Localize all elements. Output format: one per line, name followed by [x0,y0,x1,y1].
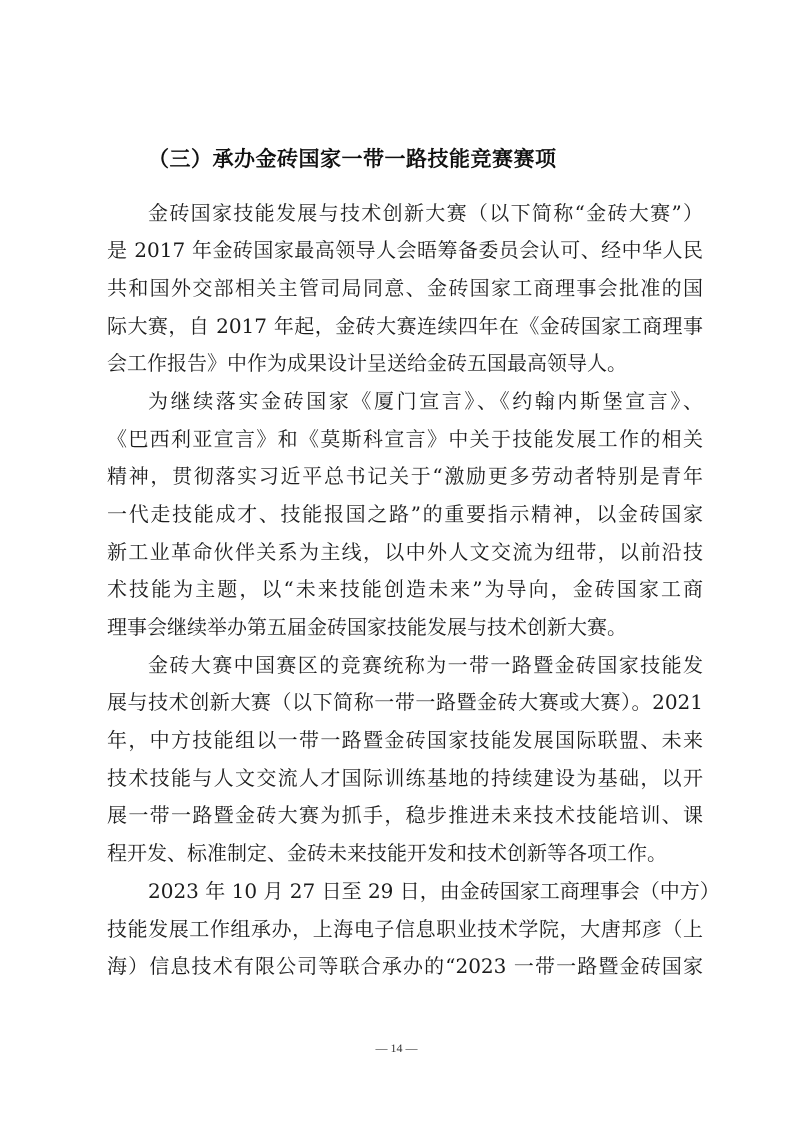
paragraph-line: 金砖大赛中国赛区的竞赛统称为一带一路暨金砖国家技能发 [148,653,703,677]
paragraph-line: 金砖国家技能发展与技术创新大赛（以下简称“金砖大赛”） [148,201,703,225]
page-number: — 14 — [0,1041,793,1056]
paragraph-line: 是 2017 年金砖国家最高领导人会晤筹备委员会认可、经中华人民 [107,238,703,262]
paragraph-line: 海）信息技术有限公司等联合承办的“2023 一带一路暨金砖国家 [107,954,703,978]
paragraph-line: 一代走技能成才、技能报国之路”的重要指示精神，以金砖国家 [107,502,703,526]
document-page: （三）承办金砖国家一带一路技能竞赛赛项 金砖国家技能发展与技术创新大赛（以下简称… [0,0,793,1122]
paragraph-line: 年，中方技能组以一带一路暨金砖国家技能发展国际联盟、未来 [107,728,703,752]
paragraph-line: 为继续落实金砖国家《厦门宣言》、《约翰内斯堡宣言》、 [148,389,703,413]
paragraph-line: 共和国外交部相关主管司局同意、金砖国家工商理事会批准的国 [107,276,703,300]
paragraph-line: 会工作报告》中作为成果设计呈送给金砖五国最高领导人。 [107,351,703,375]
paragraph-line: 术技能为主题，以“未来技能创造未来”为导向，金砖国家工商 [107,577,703,601]
paragraph-line: 理事会继续举办第五届金砖国家技能发展与技术创新大赛。 [107,615,703,639]
paragraph-line: 新工业革命伙伴关系为主线，以中外人文交流为纽带，以前沿技 [107,540,703,564]
section-title: （三）承办金砖国家一带一路技能竞赛赛项 [148,143,557,173]
paragraph-line: 技术技能与人文交流人才国际训练基地的持续建设为基础，以开 [107,766,703,790]
paragraph-line: 际大赛，自 2017 年起，金砖大赛连续四年在《金砖国家工商理事 [107,314,703,338]
paragraph-line: 《巴西利亚宣言》和《莫斯科宣言》中关于技能发展工作的相关 [107,427,703,451]
paragraph-line: 2023 年 10 月 27 日至 29 日，由金砖国家工商理事会（中方） [148,879,703,903]
paragraph-line: 程开发、标准制定、金砖未来技能开发和技术创新等各项工作。 [107,841,703,865]
paragraph-line: 展与技术创新大赛（以下简称一带一路暨金砖大赛或大赛）。2021 [107,690,703,714]
paragraph-line: 展一带一路暨金砖大赛为抓手，稳步推进未来技术技能培训、课 [107,803,703,827]
paragraph-line: 技能发展工作组承办，上海电子信息职业技术学院，大唐邦彦（上 [107,917,703,941]
paragraph-line: 精神，贯彻落实习近平总书记关于“激励更多劳动者特别是青年 [107,464,703,488]
